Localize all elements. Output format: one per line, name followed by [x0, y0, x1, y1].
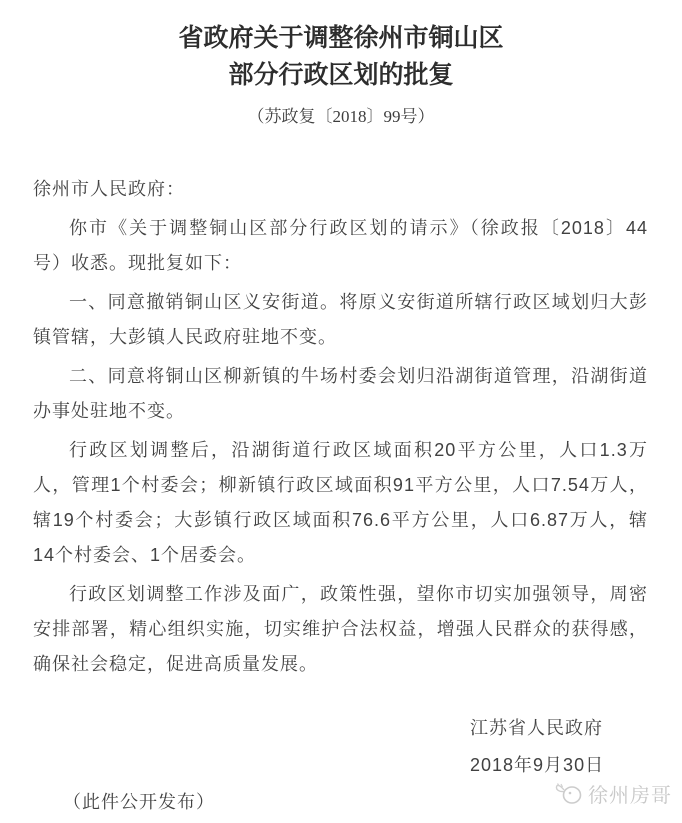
watermark-label: 徐州房哥 [588, 779, 672, 808]
document-body: 徐州市人民政府： 你市《关于调整铜山区部分行政区划的请示》（徐政报〔2018〕4… [33, 172, 648, 784]
watermark: 徐州房哥 [555, 779, 672, 808]
document-title: 省政府关于调整徐州市铜山区 部分行政区划的批复 [0, 0, 682, 94]
body-paragraph-1: 你市《关于调整铜山区部分行政区划的请示》（徐政报〔2018〕44号）收悉。现批复… [33, 211, 648, 281]
signature-block: 江苏省人民政府 2018年9月30日 [470, 710, 648, 784]
document-title-line-1: 省政府关于调整徐州市铜山区 [0, 20, 682, 57]
body-paragraph-2: 一、同意撤销铜山区义安街道。将原义安街道所辖行政区域划归大彭镇管辖，大彭镇人民政… [33, 285, 648, 355]
document-number: （苏政复〔2018〕99号） [0, 105, 682, 129]
document-title-line-2: 部分行政区划的批复 [0, 57, 682, 94]
body-paragraph-4: 行政区划调整后，沿湖街道行政区域面积20平方公里，人口1.3万人，管理1个村委会… [33, 433, 648, 573]
salutation: 徐州市人民政府： [33, 172, 648, 207]
body-paragraph-3: 二、同意将铜山区柳新镇的牛场村委会划归沿湖街道管理，沿湖街道办事处驻地不变。 [33, 359, 648, 429]
public-release-note: （此件公开发布） [63, 788, 215, 814]
official-document-page: 省政府关于调整徐州市铜山区 部分行政区划的批复 （苏政复〔2018〕99号） 徐… [0, 0, 682, 823]
signature-issuer: 江苏省人民政府 [470, 710, 648, 747]
body-paragraph-5: 行政区划调整工作涉及面广，政策性强，望你市切实加强领导，周密安排部署，精心组织实… [33, 577, 648, 682]
fangge-mascot-icon [555, 781, 585, 807]
